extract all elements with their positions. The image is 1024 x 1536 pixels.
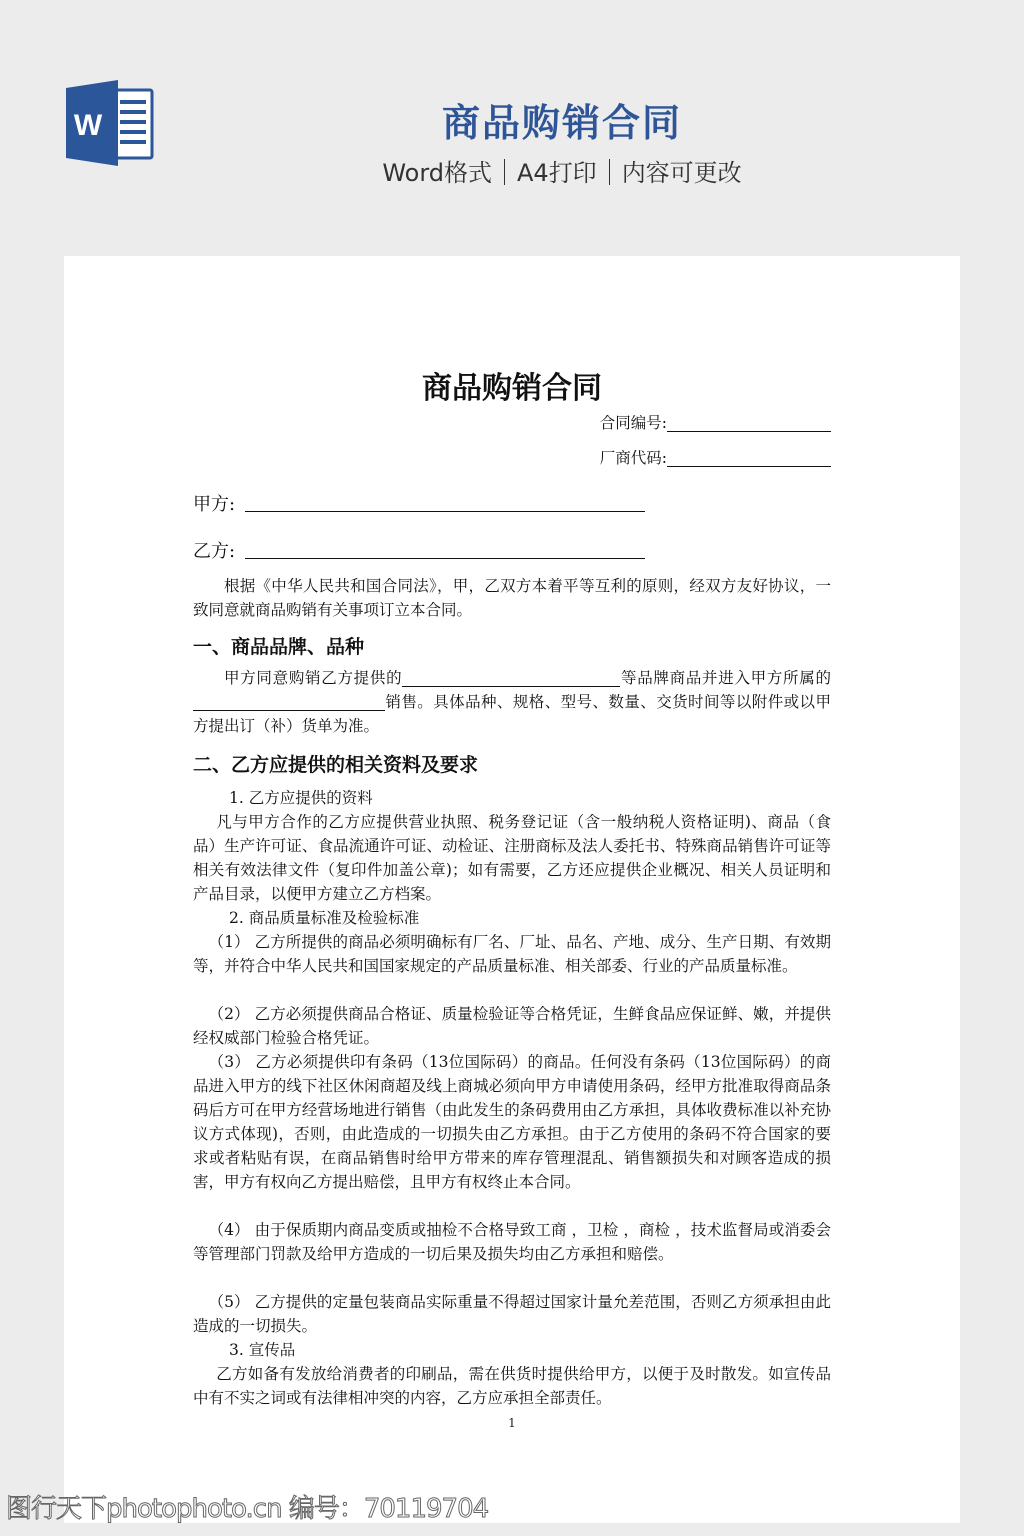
section-2-heading: 二、乙方应提供的相关资料及要求 bbox=[193, 750, 478, 777]
party-b-row: 乙方: bbox=[193, 537, 645, 563]
document-page: 商品购销合同 合同编号: 厂商代码: 甲方: 乙方: 根据《中华人民共和国合同法… bbox=[64, 256, 960, 1523]
clause-1: （1） 乙方所提供的商品必须明确标有厂名、厂址、品名、产地、成分、生产日期、有效… bbox=[193, 930, 831, 978]
contract-number-label: 合同编号: bbox=[600, 414, 667, 432]
party-a-label: 甲方: bbox=[193, 494, 235, 515]
contract-number-row: 合同编号: bbox=[600, 411, 831, 433]
item-1-body: 凡与甲方合作的乙方应提供营业执照、税务登记证（含一般纳税人资格证明)、商品（食品… bbox=[193, 810, 831, 906]
section-1-heading: 一、商品品牌、品种 bbox=[193, 632, 364, 659]
page-number: 1 bbox=[64, 1416, 960, 1430]
store-blank[interactable] bbox=[193, 694, 385, 711]
item-3-title: 3. 宣传品 bbox=[229, 1338, 295, 1362]
intro-paragraph: 根据《中华人民共和国合同法》，甲，乙双方本着平等互利的原则，经双方友好协议，一致… bbox=[193, 574, 831, 622]
watermark-text: 图行天下photophoto.cn 编号：70119704 bbox=[6, 1488, 488, 1525]
vendor-code-label: 厂商代码: bbox=[600, 449, 667, 467]
divider bbox=[609, 159, 610, 185]
vendor-code-field[interactable] bbox=[667, 450, 831, 467]
banner-subtitle: Word格式A4打印内容可更改 bbox=[0, 153, 1024, 188]
item-1-title: 1. 乙方应提供的资料 bbox=[229, 786, 373, 810]
subtitle-print: A4打印 bbox=[517, 159, 597, 187]
clause-3: （3） 乙方必须提供印有条码（13位国际码）的商品。任何没有条码（13位国际码）… bbox=[193, 1050, 831, 1194]
vendor-code-row: 厂商代码: bbox=[600, 446, 831, 468]
banner-title: 商品购销合同 bbox=[0, 92, 1024, 147]
item-2-title: 2. 商品质量标准及检验标准 bbox=[229, 906, 419, 930]
section-1-text-a: 甲方同意购销乙方提供的 bbox=[224, 669, 402, 687]
party-a-field[interactable] bbox=[245, 491, 645, 512]
contract-number-field[interactable] bbox=[667, 415, 831, 432]
banner-header: W 商品购销合同 Word格式A4打印内容可更改 bbox=[0, 0, 1024, 256]
party-a-row: 甲方: bbox=[193, 490, 645, 516]
document-title: 商品购销合同 bbox=[193, 363, 831, 407]
section-1-paragraph: 甲方同意购销乙方提供的等品牌商品并进入甲方所属的销售。具体品种、规格、型号、数量… bbox=[193, 666, 831, 738]
divider bbox=[504, 159, 505, 185]
clause-2: （2） 乙方必须提供商品合格证、质量检验证等合格凭证，生鲜食品应保证鲜、嫩，并提… bbox=[193, 1002, 831, 1050]
subtitle-format: Word格式 bbox=[382, 159, 492, 187]
subtitle-editable: 内容可更改 bbox=[622, 159, 742, 187]
clause-5: （5） 乙方提供的定量包装商品实际重量不得超过国家计量允差范围，否则乙方须承担由… bbox=[193, 1290, 831, 1338]
section-1-text-b: 等品牌商品并进入甲方所属的 bbox=[620, 669, 831, 687]
item-3-body: 乙方如备有发放给消费者的印刷品，需在供货时提供给甲方，以便于及时散发。如宣传品中… bbox=[193, 1362, 831, 1410]
clause-4: （4） 由于保质期内商品变质或抽检不合格导致工商 ，卫检 ，商检 ，技术监督局或… bbox=[193, 1218, 831, 1266]
brand-blank[interactable] bbox=[402, 670, 620, 687]
party-b-field[interactable] bbox=[245, 538, 645, 559]
party-b-label: 乙方: bbox=[193, 541, 235, 562]
